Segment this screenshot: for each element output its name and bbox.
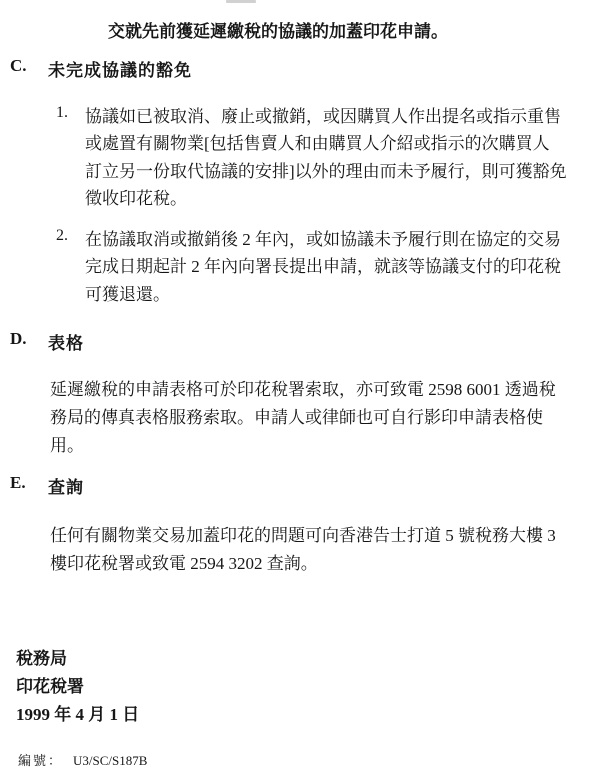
reference-number: U3/SC/S187B — [73, 753, 147, 768]
item-1-text: 協議如已被取消、廢止或撤銷，或因購買人作出提名或指示重售 或處置有關物業[包括售… — [85, 103, 595, 213]
reference-line: 編號：U3/SC/S187B — [18, 750, 147, 769]
signature-date: 1999 年 4 月 1 日 — [16, 701, 139, 729]
section-c-title: 未完成協議的豁免 — [48, 56, 192, 81]
document-page: 交就先前獲延遲繳稅的協議的加蓋印花申請。 C. 未完成協議的豁免 1. 協議如已… — [0, 0, 614, 778]
continuation-line: 交就先前獲延遲繳稅的協議的加蓋印花申請。 — [108, 22, 448, 42]
item-2-number: 2. — [56, 227, 68, 245]
scan-artifact — [226, 0, 256, 3]
reference-label: 編號： — [18, 753, 63, 768]
signature-block: 稅務局 印花稅署 1999 年 4 月 1 日 — [16, 645, 139, 728]
section-e-letter: E. — [10, 473, 26, 493]
section-d-letter: D. — [10, 329, 27, 349]
section-e-title: 查詢 — [48, 473, 84, 498]
section-d-title: 表格 — [48, 329, 84, 354]
item-2-text: 在協議取消或撤銷後 2 年內，或如協議未予履行則在協定的交易 完成日期起計 2 … — [85, 226, 595, 308]
item-1-number: 1. — [56, 104, 68, 122]
section-d-paragraph: 延遲繳稅的申請表格可於印花稅署索取，亦可致電 2598 6001 透過稅 務局的… — [50, 376, 598, 459]
section-c-letter: C. — [10, 56, 27, 76]
section-e-paragraph: 任何有關物業交易加蓋印花的問題可向香港告士打道 5 號稅務大樓 3 樓印花稅署或… — [50, 522, 598, 578]
signature-office: 印花稅署 — [16, 673, 139, 701]
signature-department: 稅務局 — [16, 645, 139, 673]
